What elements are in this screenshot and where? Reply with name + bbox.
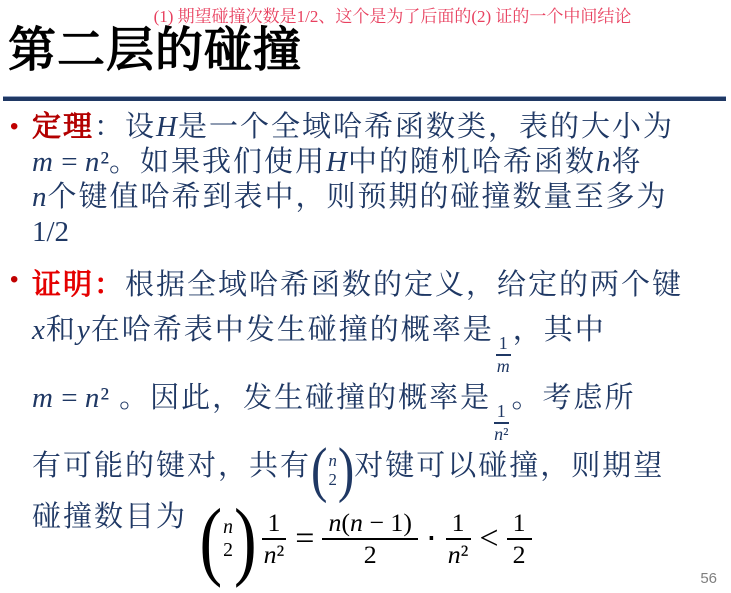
fraction-numerator: 1 <box>262 508 287 540</box>
text-run: 和 <box>46 314 77 346</box>
text-line: m = n²。如果我们使用H中的随机哈希函数h将 <box>32 145 727 180</box>
text-line: x和y在哈希表中发生碰撞的概率是1m，其中 <box>32 308 727 376</box>
math-run: m = n² <box>32 146 109 178</box>
slide-title: 第二层的碰撞 <box>8 22 302 80</box>
fraction-numerator: 1 <box>494 401 509 424</box>
math-run: x <box>32 314 46 346</box>
fraction-numerator: 1 <box>507 508 532 540</box>
slide: (1) 期望碰撞次数是1/2、这个是为了后面的(2) 证的一个中间结论 第二层的… <box>0 0 731 593</box>
text-run: 。因此，发生碰撞的概率是 <box>109 382 491 414</box>
math-run: y <box>77 314 91 346</box>
text-run: ：设 <box>94 111 156 143</box>
binomial-coefficient: (n2) <box>199 505 256 573</box>
math-run: 1/2 <box>32 216 69 248</box>
fraction-denominator: n² <box>491 424 511 445</box>
math-run: < <box>479 520 498 558</box>
text-line: n个键值哈希到表中，则预期的碰撞数量至多为 <box>32 180 727 215</box>
text-run: 是一个全域哈希函数类，表的大小为 <box>178 111 674 143</box>
bullet-list: •定理：设H是一个全域哈希函数类，表的大小为m = n²。如果我们使用H中的随机… <box>8 110 727 540</box>
page-number: 56 <box>700 570 717 587</box>
fraction-numerator: n(n − 1) <box>322 508 417 540</box>
text-run: 有可能的键对，共有 <box>32 450 311 482</box>
right-paren: ) <box>234 495 257 583</box>
text-line: 1/2 <box>32 215 727 250</box>
bullet-marker: • <box>10 113 18 141</box>
binom-stack: n2 <box>327 451 337 490</box>
math-run: = <box>295 520 314 558</box>
math-run: H <box>326 146 348 178</box>
fraction-numerator: 1 <box>446 508 471 540</box>
fraction-denominator: n² <box>261 540 288 570</box>
text-line: m = n² 。因此，发生碰撞的概率是1n²。考虑所 <box>32 376 727 444</box>
text-run: 中的随机哈希函数 <box>348 146 596 178</box>
keyword-proof: 证明： <box>32 269 125 301</box>
binom-stack: n2 <box>222 516 234 561</box>
keyword-theorem: 定理 <box>32 111 94 143</box>
left-paren: ( <box>311 439 327 501</box>
fraction-denominator: 2 <box>361 540 380 570</box>
left-paren: ( <box>199 495 222 583</box>
math-run: n <box>32 181 48 213</box>
text-run: 将 <box>612 146 643 178</box>
text-run: 。如果我们使用 <box>109 146 326 178</box>
text-line: 证明：根据全域哈希函数的定义，给定的两个键 <box>32 263 727 308</box>
bullet-marker: • <box>10 266 18 294</box>
inline-fraction: 1n² <box>261 508 288 569</box>
fraction-denominator: 2 <box>510 540 529 570</box>
fraction-denominator: m <box>494 356 513 377</box>
math-run: ⋅ <box>426 519 437 559</box>
text-run: 根据全域哈希函数的定义，给定的两个键 <box>125 269 683 301</box>
text-run: 个键值哈希到表中，则预期的碰撞数量至多为 <box>48 181 668 213</box>
math-run: H <box>156 111 178 143</box>
inline-fraction: 1n² <box>445 508 472 569</box>
text-line: 定理：设H是一个全域哈希函数类，表的大小为 <box>32 110 727 145</box>
fraction-numerator: 1 <box>496 333 511 356</box>
title-divider <box>3 96 726 101</box>
text-run: 对键可以碰撞，则期望 <box>354 450 664 482</box>
math-run: h <box>596 146 612 178</box>
text-run: ，其中 <box>513 314 606 346</box>
text-line: 有可能的键对，共有(n2)对键可以碰撞，则期望 <box>32 444 727 494</box>
inline-fraction: n(n − 1)2 <box>322 508 417 569</box>
inline-fraction: 12 <box>507 508 532 569</box>
text-run: 在哈希表中发生碰撞的概率是 <box>91 314 494 346</box>
binomial-coefficient: (n2) <box>311 445 354 494</box>
inline-fraction: 1m <box>494 333 513 376</box>
inline-fraction: 1n² <box>491 401 511 444</box>
right-paren: ) <box>338 439 354 501</box>
math-run: m = n² <box>32 382 109 414</box>
text-run: 。考虑所 <box>511 382 635 414</box>
bullet-item: •定理：设H是一个全域哈希函数类，表的大小为m = n²。如果我们使用H中的随机… <box>8 110 727 250</box>
formula: (n2)1n²=n(n − 1)2⋅1n²<12 <box>0 497 731 581</box>
fraction-denominator: n² <box>445 540 472 570</box>
